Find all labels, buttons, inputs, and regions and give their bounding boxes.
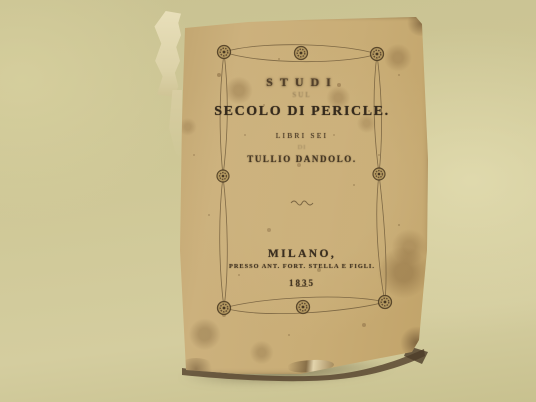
title-page-text: STUDI SUL SECOLO DI PERICLE. LIBRI SEI D… — [172, 14, 432, 378]
book-front-cover: STUDI SUL SECOLO DI PERICLE. LIBRI SEI D… — [148, 14, 432, 378]
main-title: SECOLO DI PERICLE. — [172, 104, 432, 120]
squiggle-flourish-icon — [172, 194, 432, 212]
author-connector: DI — [172, 144, 432, 151]
imprint-publisher: PRESSO ANT. FORT. STELLA E FIGLI. — [172, 263, 432, 270]
subtitle: LIBRI SEI — [172, 131, 432, 140]
series-connector: SUL — [172, 91, 432, 99]
series-title: STUDI — [172, 75, 432, 90]
photo-scene: STUDI SUL SECOLO DI PERICLE. LIBRI SEI D… — [0, 0, 536, 402]
author-name: TULLIO DANDOLO. — [172, 154, 432, 164]
imprint-city: MILANO, — [172, 248, 432, 260]
imprint-year: 1835 — [172, 278, 432, 288]
